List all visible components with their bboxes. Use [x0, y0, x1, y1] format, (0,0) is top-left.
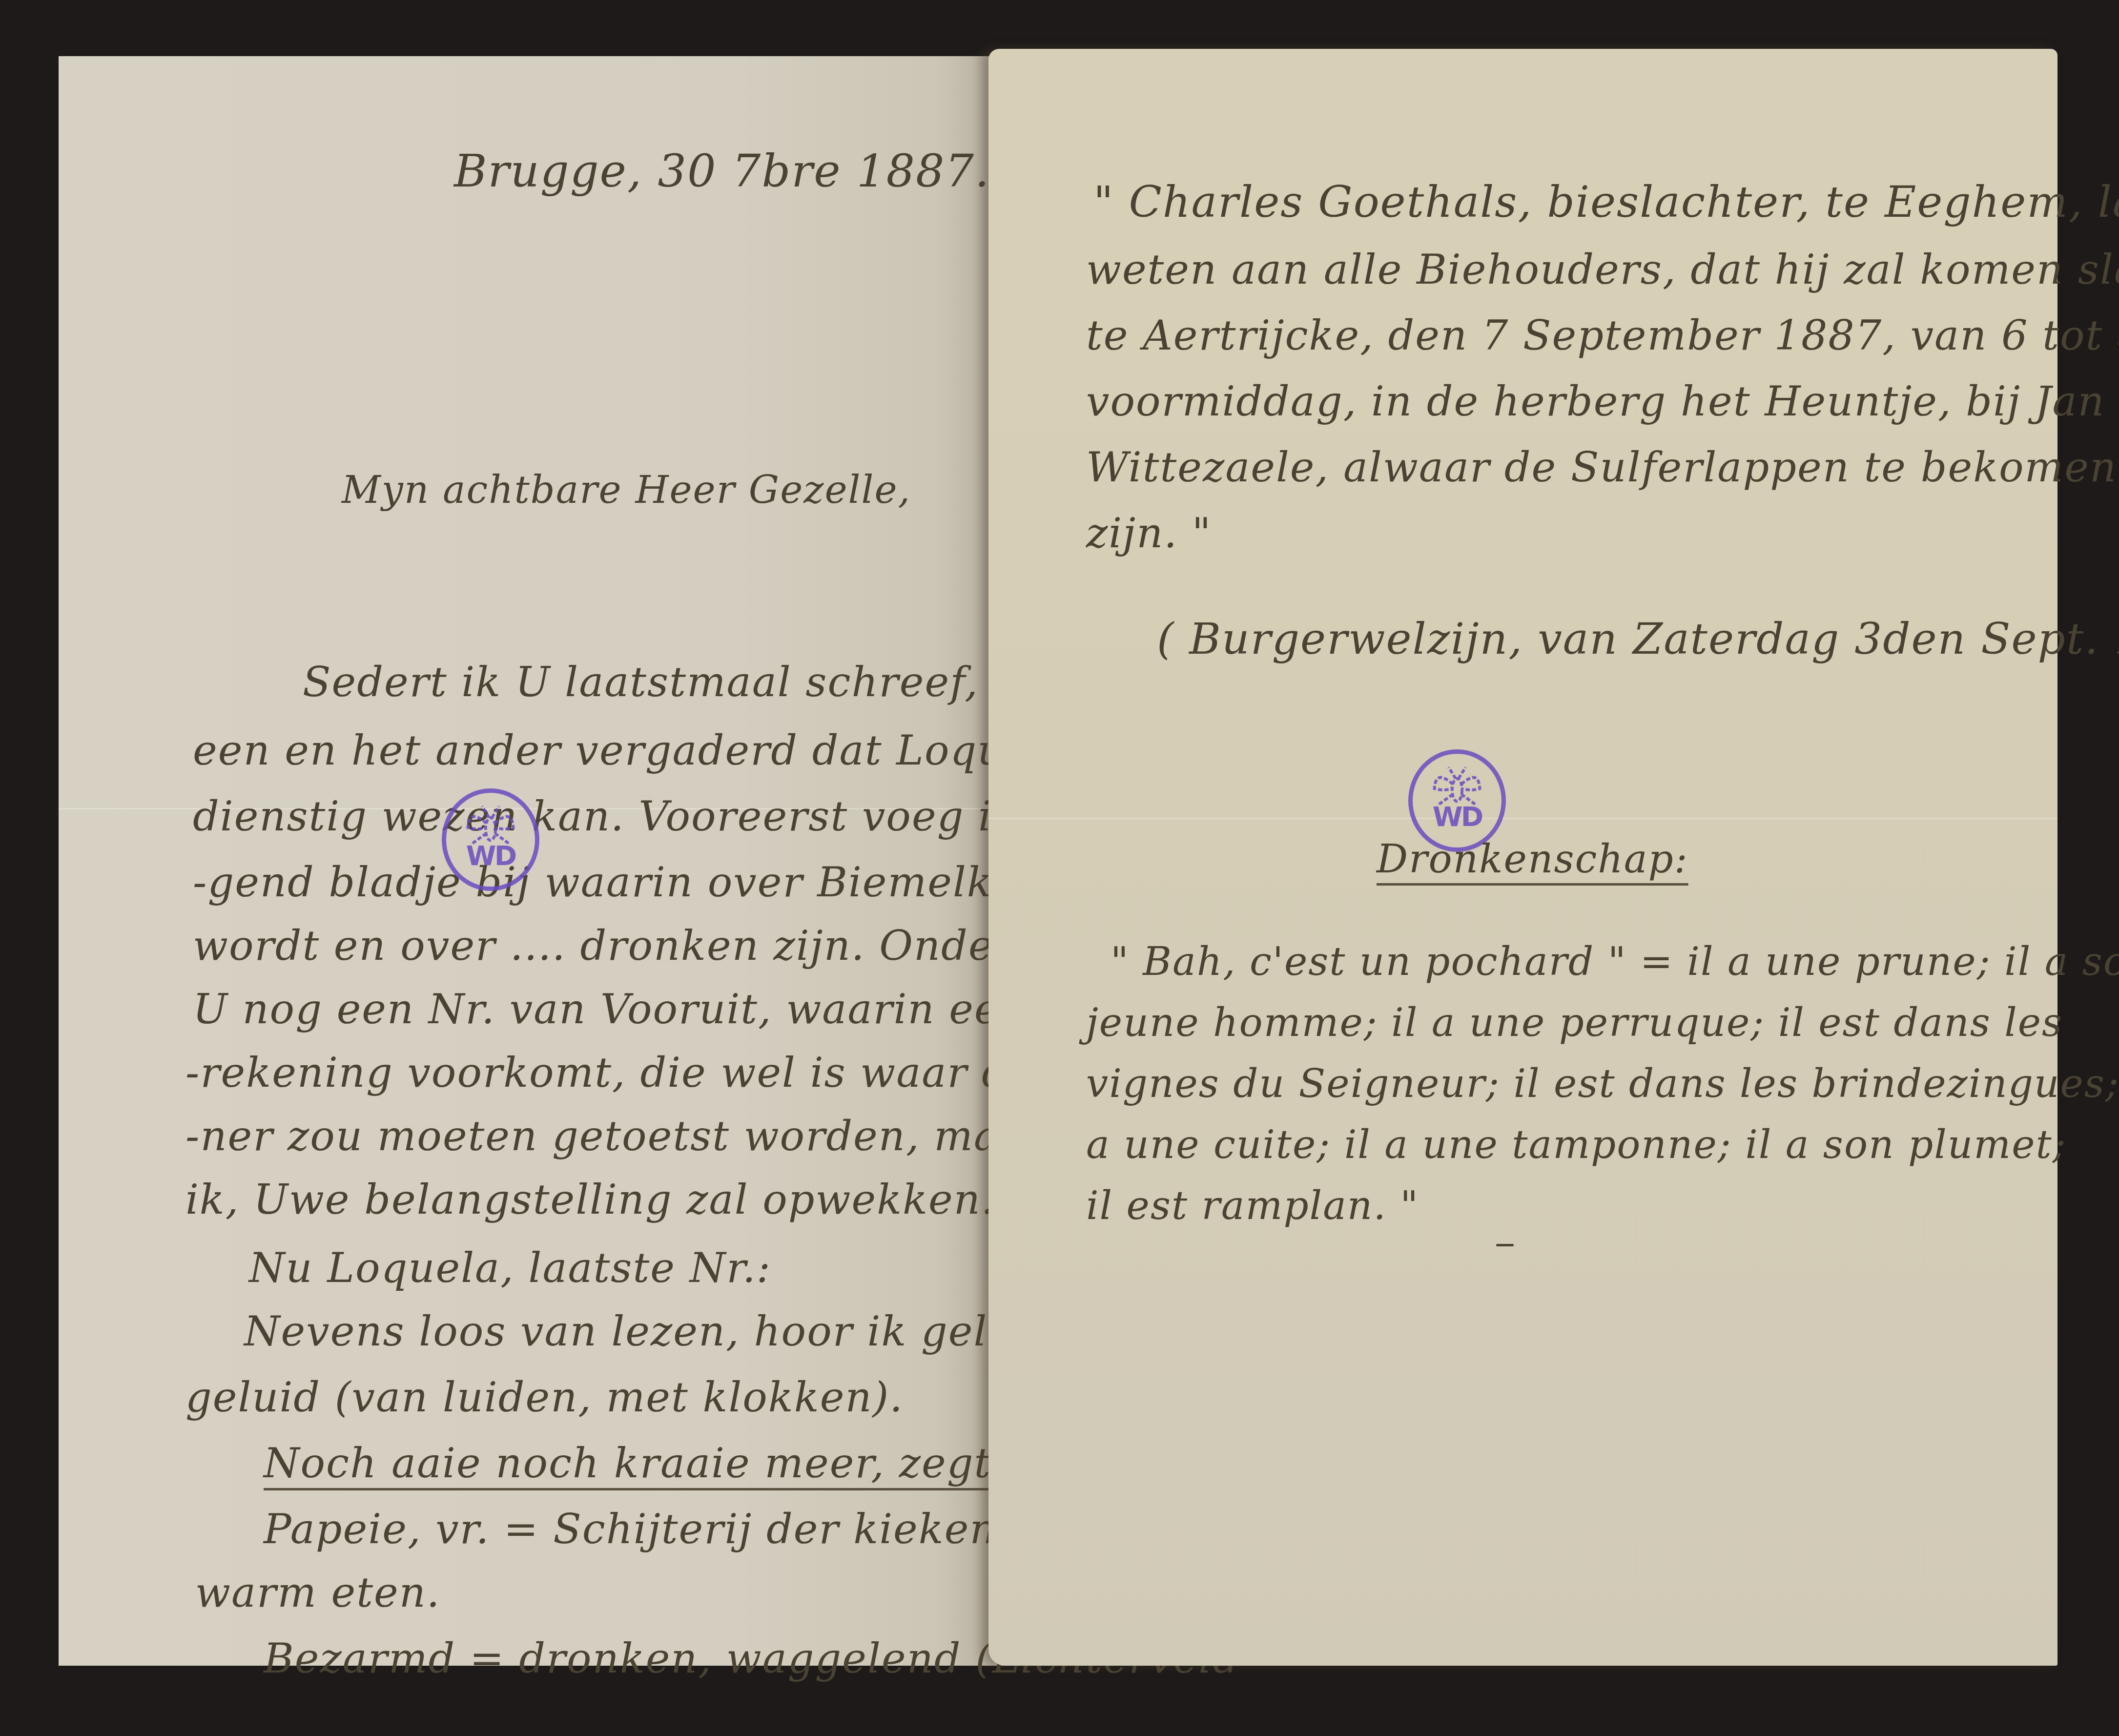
fold-crease — [988, 818, 2057, 819]
notice-line: voormiddag, in de herberg het Heuntje, b… — [1086, 381, 2105, 422]
letter-line: geluid (van luiden, met klokken). — [185, 1377, 904, 1418]
letter-line: Nu Loquela, laatste Nr.: — [249, 1247, 771, 1288]
dateline: Brugge, 30 7bre 1887. — [454, 149, 990, 194]
quote-line: jeune homme; il a une perruque; il est d… — [1086, 1003, 2063, 1042]
stamp-label: WD — [446, 840, 535, 872]
salutation: Myn achtbare Heer Gezelle, — [342, 471, 911, 509]
quote-line: vignes du Seigneur; il est dans les brin… — [1086, 1064, 2119, 1103]
quote-line: " Bah, c'est un pochard " = il a une pru… — [1111, 942, 2119, 981]
notice-line: zijn. " — [1086, 513, 1212, 554]
left-letter-sheet: Brugge, 30 7bre 1887. Myn achtbare Heer … — [59, 56, 1015, 1666]
notice-line: Wittezaele, alwaar de Sulferlappen te be… — [1086, 447, 2119, 488]
quote-line: a une cuite; il a une tamponne; il a son… — [1086, 1125, 2067, 1164]
letter-line: warm eten. — [195, 1572, 440, 1613]
letter-line: ik, Uwe belangstelling zal opwekken. — [185, 1179, 995, 1220]
source-citation: ( Burgerwelzijn, van Zaterdag 3den Sept.… — [1157, 618, 2119, 661]
notice-line: " Charles Goethals, bieslachter, te Eegh… — [1093, 181, 2119, 224]
notice-line: weten aan alle Biehouders, dat hij zal k… — [1086, 249, 2119, 290]
quote-line: il est ramplan. " — [1086, 1186, 1419, 1225]
right-letter-sheet: " Charles Goethals, bieslachter, te Eegh… — [988, 49, 2057, 1666]
closing-dash — [1496, 1244, 1514, 1246]
stamp-label: WD — [1413, 801, 1502, 833]
archive-stamp: WD — [442, 788, 539, 891]
notice-line: te Aertrijcke, den 7 September 1887, van… — [1086, 315, 2119, 356]
section-heading: Dronkenschap: — [1377, 840, 1688, 879]
